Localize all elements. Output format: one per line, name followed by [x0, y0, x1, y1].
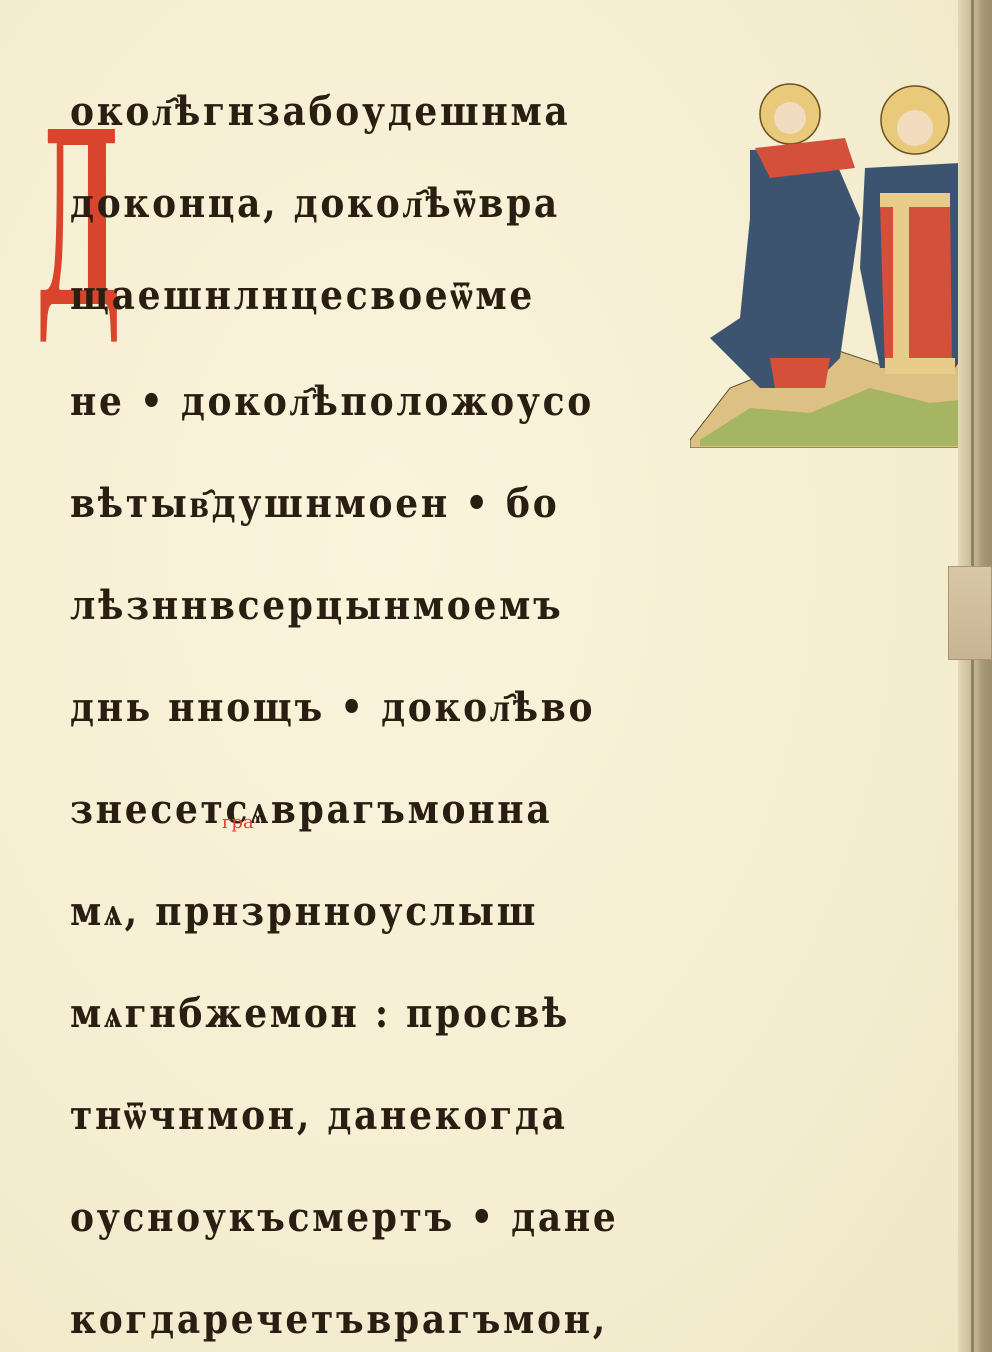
- text-line: днь ннощъ • докол҄ѣво: [70, 684, 595, 732]
- text-line: вѣтыв҄душнмоен • бо: [70, 480, 559, 528]
- red-marginal-note: гра: [222, 812, 254, 833]
- bookmark-tab: [948, 566, 992, 660]
- text-line: мѧгнбжемон : просвѣ: [70, 990, 570, 1038]
- text-line: окол҄ѣгнзабоудешнма: [70, 88, 570, 136]
- manuscript-page: Д окол҄ѣгнзабоудешнма доконца, докол҄ѣѿв…: [0, 0, 958, 1352]
- text-line: не • докол҄ѣположоусо: [70, 378, 594, 426]
- miniature-illustration: [690, 68, 980, 448]
- text-line: тнѿчнмон, данекогда: [70, 1092, 568, 1140]
- text-line: когдаречетъврагъмон,: [70, 1296, 608, 1344]
- text-line: оуснoукъсмертъ • дане: [70, 1194, 619, 1242]
- text-line: лѣзннвсерцынмоемъ: [70, 582, 563, 630]
- binding-line: [971, 0, 974, 1352]
- text-line: доконца, докол҄ѣѿвра: [70, 180, 560, 228]
- text-line: мѧ, прнзрнноуслыш: [70, 888, 538, 936]
- text-line: знесетсѧврагъмонна: [70, 786, 552, 834]
- text-line: щаешнлнцесвоеѿме: [70, 272, 535, 320]
- page-edge: [958, 0, 992, 1352]
